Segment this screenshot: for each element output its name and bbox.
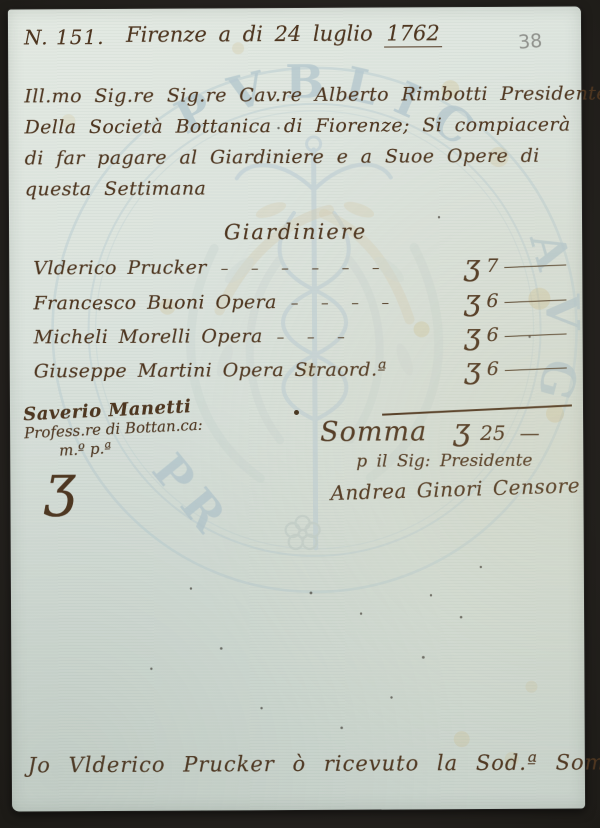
total-amount: 25 [480, 421, 506, 445]
ink-flourish: ʒ [44, 453, 76, 518]
folio-number: 38 [517, 30, 543, 54]
amount-rule [504, 265, 566, 268]
ink-dot [294, 410, 299, 415]
photo-backdrop: { "header": { "registry_number": "N. 151… [0, 0, 600, 828]
salutation-line: di far pagare al Giardiniere e a Suoe Op… [25, 141, 573, 175]
currency-symbol: ʒ [464, 361, 480, 375]
entry-dashes: – – – [263, 327, 465, 346]
currency-symbol: ʒ [464, 258, 480, 272]
entry-amount: 7 [480, 255, 504, 277]
dateline-year: 1762 [384, 21, 442, 47]
amount-rule [504, 300, 566, 303]
salutation-line: questa Settimana [25, 172, 573, 206]
censor-signature: Andrea Ginori Censore [330, 473, 580, 505]
entry-name: Francesco Buoni Opera [33, 291, 276, 314]
section-title: Giardiniere [9, 219, 582, 246]
currency-symbol: ʒ [464, 293, 480, 307]
entry-name: Micheli Morelli Opera [34, 325, 263, 348]
salutation-paragraph: Ill.mo Sig.re Sig.re Cav.re Alberto Rimb… [24, 79, 573, 206]
total-label: Somma [320, 416, 427, 448]
salutation-line: Della Società Bottanica di Fiorenze; Si … [24, 110, 572, 144]
currency-symbol: ʒ [464, 327, 480, 341]
amount-rule [505, 334, 567, 337]
dateline-text: Firenze a di 24 luglio [126, 22, 384, 47]
seal-text-bottom-left: PR [142, 444, 243, 550]
entry-name: Vlderico Prucker [33, 256, 207, 279]
receipt-line: Jo Vlderico Prucker ò ricevuto la Sod.ª … [28, 750, 600, 777]
currency-symbol: ʒ [453, 413, 470, 448]
entry-row: Micheli Morelli Opera – – – ʒ 6 [34, 324, 567, 357]
rosette-ornament [286, 516, 320, 549]
entry-amount: 6 [481, 358, 505, 380]
entry-row: Francesco Buoni Opera – – – – ʒ 6 [33, 290, 566, 323]
entry-name: Giuseppe Martini Opera Straord.ª [34, 359, 387, 383]
amount-rule [505, 368, 567, 371]
dateline: Firenze a di 24 luglio 1762 [126, 21, 442, 47]
entry-amount: 6 [480, 290, 504, 312]
entry-dashes: – – – – [277, 293, 464, 312]
salutation-line: Ill.mo Sig.re Sig.re Cav.re Alberto Rimb… [24, 79, 572, 113]
entry-dashes: – – – – – – [207, 258, 464, 277]
per-president-line: p il Sig: Presidente [356, 451, 532, 472]
entry-amount: 6 [481, 324, 505, 346]
document-paper: PVBLIC AVG PR [8, 7, 585, 812]
entry-row: Giuseppe Martini Opera Straord.ª ʒ 6 [34, 358, 567, 391]
registry-number: N. 151. [24, 25, 105, 49]
entry-row: Vlderico Prucker – – – – – – ʒ 7 [33, 255, 566, 288]
total-line: Somma ʒ 25 — [320, 413, 538, 449]
total-dash: — [520, 421, 538, 445]
